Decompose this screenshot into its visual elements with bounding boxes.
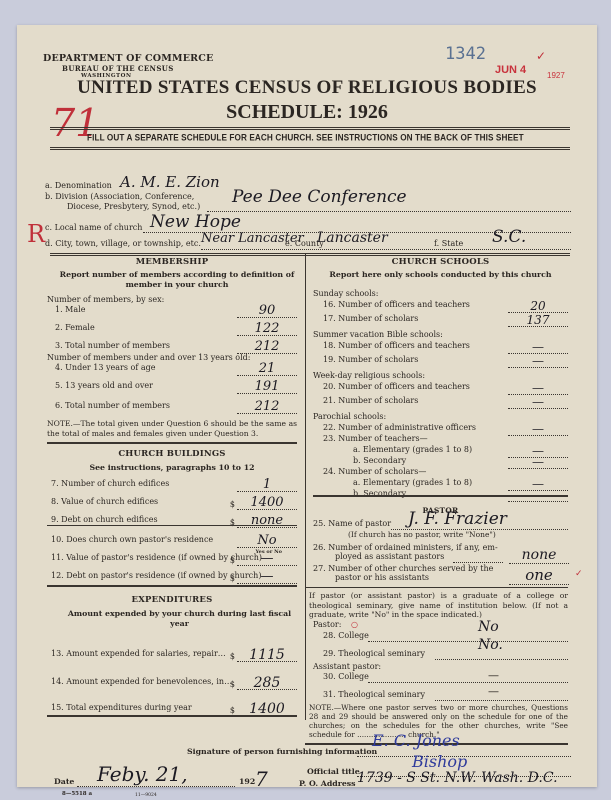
membership-note: NOTE.—The total given under Question 6 s… [47,419,297,438]
membership-row: 2. Female122 [47,323,297,335]
schedule-number: 1342 [445,44,486,64]
row-label: 13. Amount expended for salaries, repair… [51,649,226,658]
instruction-rule [50,147,570,150]
section-rule [50,253,570,256]
row-value[interactable]: 191 [237,381,297,394]
local-name-value: New Hope [150,212,241,232]
row-label: a. Elementary (grades 1 to 8) [353,478,472,487]
building-row: 7. Number of church edifices1 [47,479,297,491]
row-label: 9. Debt on church edifices [51,515,158,524]
row-label: 2. Female [55,323,95,332]
membership-subheading: Report number of members according to de… [57,270,297,290]
membership-row: 5. 13 years old and over191 [47,381,297,393]
by-sex-label: Number of members, by sex: [47,295,164,305]
row-value[interactable]: — [508,355,568,368]
assistants-value: none [509,547,569,564]
row-value[interactable]: — [237,571,297,584]
row-value[interactable]: — [508,382,568,395]
dollar-sign: $ [230,556,235,565]
row-value[interactable]: 1400 [237,497,297,510]
dollar-sign: $ [230,706,235,715]
received-stamp: JUN 4 [495,64,526,76]
asst-college-value: — [488,669,499,682]
year-suffix: 7 [255,767,268,791]
college-value: No [478,619,499,635]
school-row: 19. Number of scholars— [313,355,568,367]
check-mark-icon: ✓ [575,569,583,579]
schools-heading: CHURCH SCHOOLS [313,257,568,267]
asst-college-line [368,682,568,683]
row-value[interactable]: No [237,535,297,548]
row-label: Summer vacation Bible schools: [313,330,443,339]
official-title-value: Bishop [412,752,467,771]
seminary-value: No. [478,637,503,653]
division-label-1: b. Division (Association, Conference, [45,192,194,202]
row-value[interactable]: 285 [237,677,297,690]
row-label: Week-day religious schools: [313,371,425,380]
city-label: d. City, town, village, or township, etc… [45,239,201,249]
buildings-divider [47,525,297,526]
row-label: 8. Value of church edifices [51,497,158,506]
pastor-divider [305,587,568,588]
bureau-name: BUREAU OF THE CENSUS [62,64,174,73]
address-value: 1739 - S St. N.W. Wash. D.C. [357,770,558,786]
expenditures-rule [47,715,297,717]
membership-rule [47,442,297,444]
denomination-label: a. Denomination [45,181,112,191]
seminary-line [435,659,568,660]
assistants-label-2: ployed as assistant pastors [335,552,444,562]
expense-row: 13. Amount expended for salaries, repair… [47,649,297,661]
row-label: 21. Number of scholars [323,396,418,405]
header-rule [50,127,570,130]
signature-label: Signature of person furnishing informati… [187,747,377,757]
graduate-note: If pastor (or assistant pastor) is a gra… [309,591,568,620]
row-label: 14. Amount expended for benevolences, in… [51,677,232,686]
row-value[interactable]: 1 [237,479,297,492]
membership-row: 4. Under 13 years of age21 [47,363,297,375]
signature-value: E. C. Jones [372,731,460,750]
date-value: Feby. 21, [97,762,188,786]
pastor-name-value: J. F. Frazier [408,509,507,529]
buildings-subheading: See instructions, paragraphs 10 to 12 [47,463,297,473]
expenditures-subheading: Amount expended by your church during la… [62,609,297,629]
row-label: 17. Number of scholars [323,314,418,323]
form-subtitle: SCHEDULE: 1926 [17,101,597,124]
right-column: CHURCH SCHOOLS Report here only schools … [313,257,568,727]
schools-subheading: Report here only schools conducted by th… [313,270,568,280]
membership-row: 1. Male90 [47,305,297,317]
row-label: b. Secondary [353,456,406,465]
row-value[interactable]: — [508,396,568,409]
date-label: Date [54,777,74,787]
county-value: Lancaster [317,230,388,246]
year-prefix: 192 [239,777,255,787]
dollar-sign: $ [230,500,235,509]
row-value[interactable]: 212 [237,401,297,414]
asst-seminary-line [435,700,568,701]
instruction-banner: FILL OUT A SEPARATE SCHEDULE FOR EACH CH… [87,132,524,142]
census-schedule-form: DEPARTMENT OF COMMERCE BUREAU OF THE CEN… [17,25,597,787]
other-churches-label-2: pastor or his assistants [335,573,429,583]
yes-no-hint: Yes or No [256,549,283,555]
assistants-dots [453,562,503,563]
print-code: 11—9024 [135,791,157,800]
college-line [368,641,568,642]
membership-row: 6. Total number of members212 [47,401,297,413]
row-label: 23. Number of teachers— [323,434,428,443]
asst-seminary-label: 31. Theological seminary [323,690,425,700]
expense-row: 14. Amount expended for benevolences, in… [47,677,297,689]
address-label: P. O. Address [299,779,356,789]
row-value[interactable]: 20 [508,300,568,313]
row-label: 20. Number of officers and teachers [323,382,470,391]
pastor-subheading: Pastor: [313,620,341,630]
date-line[interactable] [77,786,235,787]
division-line [207,211,571,212]
state-label: f. State [434,239,463,249]
city-line [201,249,571,250]
division-value: Pee Dee Conference [232,187,407,207]
school-row: 16. Number of officers and teachers20 [313,300,568,312]
row-label: 3. Total number of members [55,341,170,350]
row-label: 18. Number of officers and teachers [323,341,470,350]
left-column: MEMBERSHIP Report number of members acco… [47,257,297,727]
row-label: 1. Male [55,305,85,314]
dollar-sign: $ [230,680,235,689]
pastor-name-label: 25. Name of pastor [313,519,391,529]
building-row: 10. Does church own pastor's residenceNo [47,535,297,547]
building-row: 8. Value of church edifices1400$ [47,497,297,509]
other-churches-value: one [509,566,569,585]
building-row: 12. Debt on pastor's residence (if owned… [47,571,297,583]
row-label: 24. Number of scholars— [323,467,426,476]
expense-row: 15. Total expenditures during year1400$ [47,703,297,715]
pastor-name-hint: (If church has no pastor, write "None") [348,530,496,540]
column-divider [305,253,306,720]
row-value[interactable]: 1115 [237,649,297,662]
asst-college-label: 30. College [323,672,369,682]
form-title: UNITED STATES CENSUS OF RELIGIOUS BODIES [17,77,597,99]
row-value[interactable]: none [237,515,297,528]
local-name-label: c. Local name of church [45,223,142,233]
seminary-label: 29. Theological seminary [323,649,425,659]
margin-mark-side: R [27,220,45,248]
official-title-label: Official title [307,767,360,777]
row-label: 4. Under 13 years of age [55,363,155,372]
age-label: Number of members under and over 13 year… [47,353,250,363]
expenditures-heading: EXPENDITURES [47,595,297,605]
row-label: Sunday schools: [313,289,378,298]
state-value: S.C. [492,227,526,247]
school-row: 18. Number of officers and teachers— [313,341,568,353]
row-label: 6. Total number of members [55,401,170,410]
row-value[interactable]: 137 [508,314,568,327]
row-label: 16. Number of officers and teachers [323,300,470,309]
buildings-rule [47,585,297,587]
row-label: 15. Total expenditures during year [51,703,192,712]
buildings-heading: CHURCH BUILDINGS [47,449,297,459]
college-label: 28. College [323,631,369,641]
row-value[interactable]: 21 [237,363,297,376]
row-label: a. Elementary (grades 1 to 8) [353,445,472,454]
school-row: 20. Number of officers and teachers— [313,382,568,394]
row-label: 5. 13 years old and over [55,381,153,390]
department-name: DEPARTMENT OF COMMERCE [43,53,213,64]
circle-mark-icon: ○ [351,620,358,629]
row-label: 7. Number of church edifices [51,479,169,488]
row-label: 10. Does church own pastor's residence [51,535,213,544]
denomination-value: A. M. E. Zion [120,173,220,191]
schools-rule [313,495,568,497]
row-label: 19. Number of scholars [323,355,418,364]
asst-seminary-value: — [488,685,499,698]
dollar-sign: $ [230,574,235,583]
row-value[interactable]: — [508,341,568,354]
dollar-sign: $ [230,652,235,661]
row-value[interactable]: 122 [237,323,297,336]
school-row: 21. Number of scholars— [313,396,568,408]
check-mark-icon: ✓ [536,49,546,63]
division-label-2: Diocese, Presbytery, Synod, etc.) [67,202,200,212]
row-value[interactable]: 90 [237,305,297,318]
membership-heading: MEMBERSHIP [47,257,297,267]
row-label: Parochial schools: [313,412,386,421]
membership-row: 3. Total number of members212 [47,341,297,353]
school-row: 17. Number of scholars137 [313,314,568,326]
form-code: 8—5518 a [62,789,92,799]
row-label: 22. Number of administrative officers [323,423,476,432]
assistant-subheading: Assistant pastor: [313,662,381,672]
